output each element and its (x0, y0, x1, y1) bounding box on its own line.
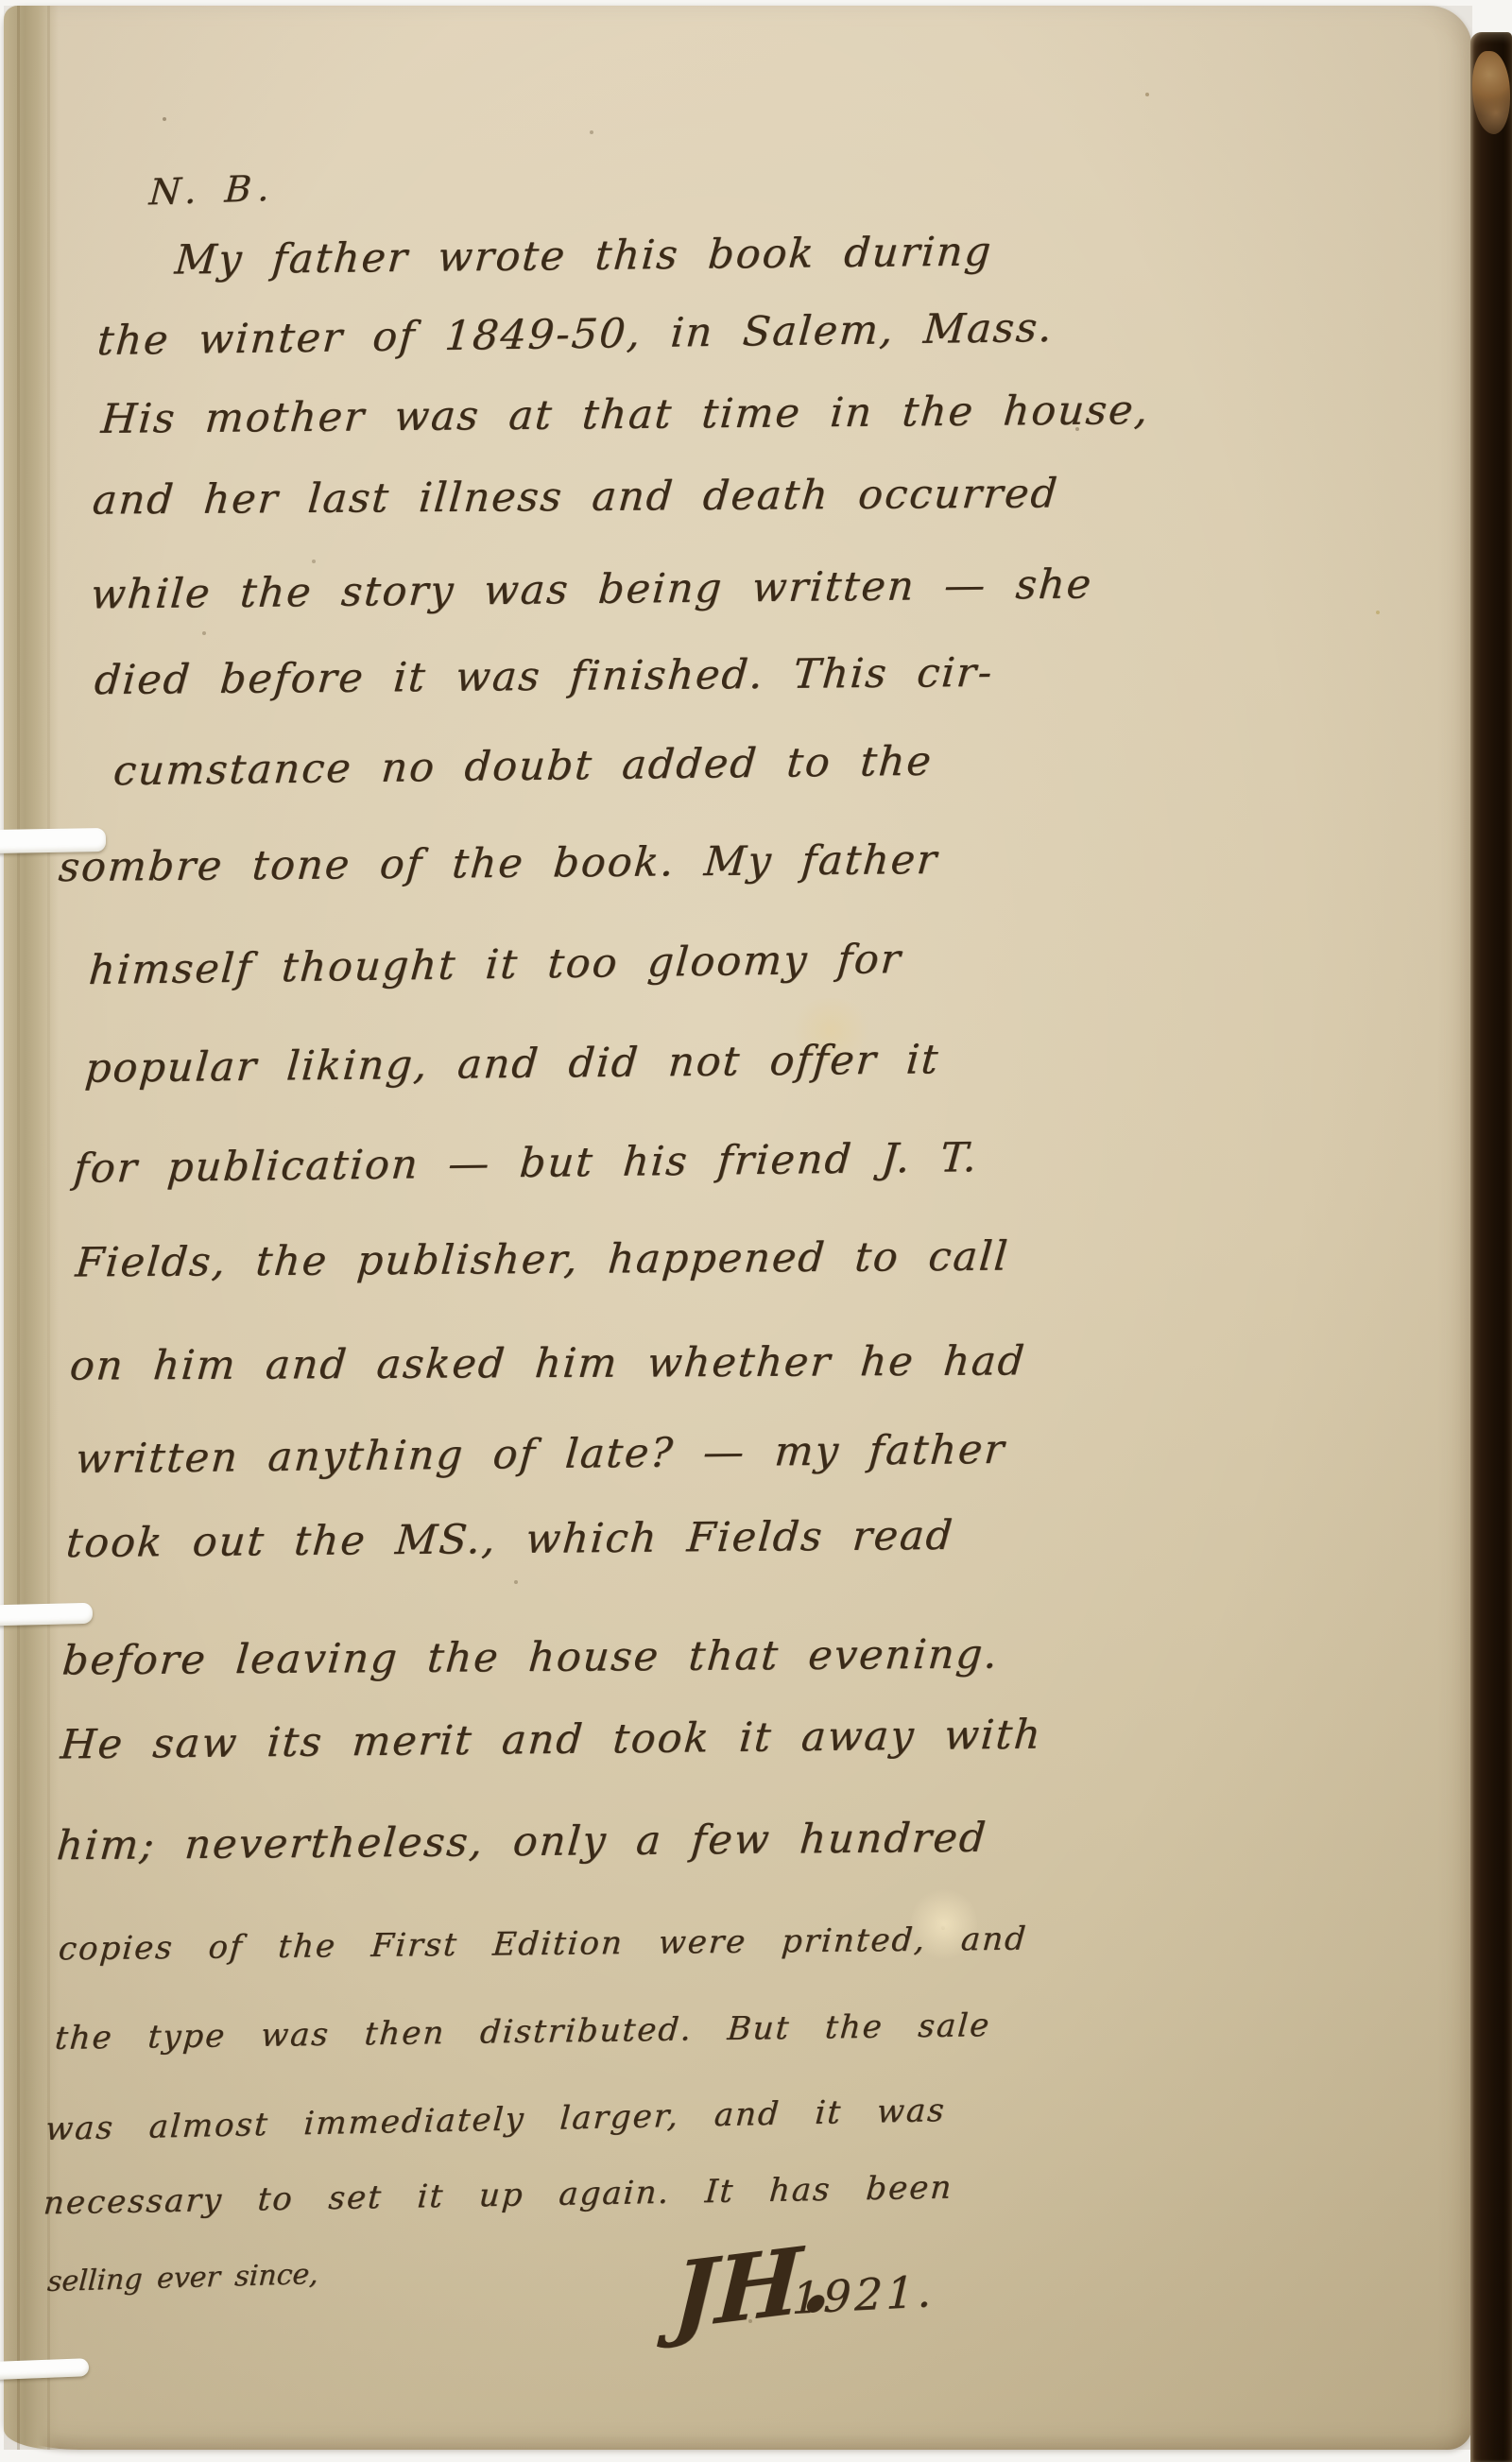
manuscript-line: He saw its merit and took it away with (59, 1715, 1043, 1766)
manuscript-line: cumstance no doubt added to the (112, 742, 934, 793)
manuscript-line: on him and asked him whether he had (68, 1341, 1027, 1386)
manuscript-line: himself thought it too gloomy for (87, 939, 902, 991)
manuscript-line: sombre tone of the book. My father (57, 840, 939, 888)
page (4, 6, 1472, 2450)
manuscript-heading: N. B. (148, 170, 278, 211)
manuscript-line: His mother was at that time in the house… (99, 390, 1151, 440)
manuscript-line: before leaving the house that evening. (60, 1635, 1000, 1682)
manuscript-line: died before it was finished. This cir- (93, 653, 995, 701)
manuscript-line: copies of the First Edition were printed… (58, 1923, 1029, 1966)
manuscript-line: for publication — but his friend J. T. (72, 1138, 979, 1190)
bookmark-tab (0, 828, 106, 853)
manuscript-line: My father wrote this book during (173, 232, 993, 281)
manuscript-line: while the story was being written — she (89, 564, 1093, 615)
signature-year: 1921. (791, 2269, 936, 2320)
manuscript-line: took out the MS., which Fields read (64, 1516, 955, 1564)
photographed-book-page: N. B. My father wrote this book during t… (0, 0, 1512, 2462)
manuscript-line: Fields, the publisher, happened to call (74, 1237, 1010, 1284)
binding-edge (1470, 32, 1512, 2462)
manuscript-line: and her last illness and death occurred (91, 473, 1060, 521)
manuscript-line: written anything of late? — my father (74, 1430, 1006, 1480)
bookmark-tab (0, 2358, 89, 2380)
paper-vignette (4, 6, 1472, 2450)
manuscript-line: selling ever since, (46, 2261, 318, 2297)
bookmark-tab (0, 1603, 93, 1627)
foxing-specks (163, 117, 166, 121)
manuscript-line: him; nevertheless, only a few hundred (55, 1818, 988, 1868)
manuscript-line: popular liking, and did not offer it (83, 1040, 940, 1090)
